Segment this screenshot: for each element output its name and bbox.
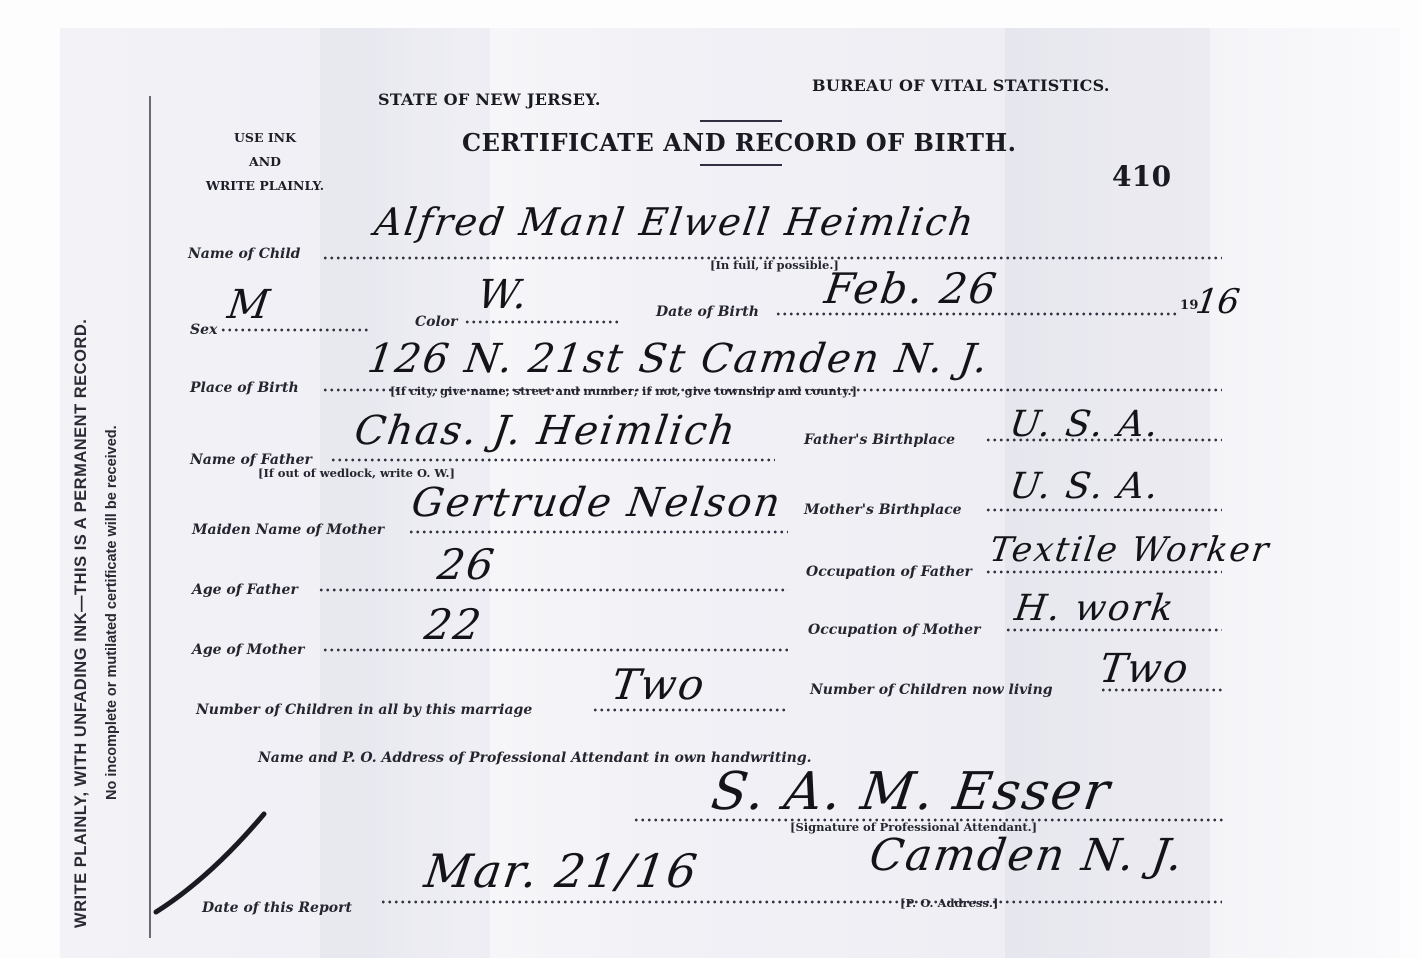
label-color: Color xyxy=(415,314,458,330)
value-sex: M xyxy=(225,282,274,328)
check-mark-icon xyxy=(150,808,270,920)
certificate-number: 410 xyxy=(1112,160,1171,193)
field-line-age-of-father xyxy=(318,588,788,592)
label-mothers-birthplace: Mother's Birthplace xyxy=(804,502,962,518)
instruction-line-2: AND xyxy=(180,150,350,174)
field-line-maiden-name xyxy=(408,530,788,534)
label-date-of-birth: Date of Birth xyxy=(656,304,759,320)
value-date-of-birth: Feb. 26 xyxy=(822,264,1002,313)
note-name-of-father: [If out of wedlock, write O. W.] xyxy=(258,466,455,480)
value-children-by-marriage: Two xyxy=(609,660,710,709)
value-children-living: Two xyxy=(1097,646,1193,692)
note-place-of-birth: [If city, give name, street and number; … xyxy=(390,384,857,398)
title-rule-top xyxy=(700,120,782,122)
birth-year-suffix: 16 xyxy=(1193,282,1242,322)
label-children-by-marriage: Number of Children in all by this marria… xyxy=(196,702,532,718)
note-po-address: [P. O. Address.] xyxy=(900,896,998,910)
instruction-line-3: WRITE PLAINLY. xyxy=(180,174,350,198)
field-line-color xyxy=(464,320,619,324)
label-occupation-of-mother: Occupation of Mother xyxy=(808,622,980,638)
side-notice-incomplete: No incomplete or mutilated certificate w… xyxy=(104,425,120,800)
value-age-of-father: 26 xyxy=(435,540,499,589)
value-color: W. xyxy=(475,272,532,318)
label-name-of-child: Name of Child xyxy=(188,246,300,262)
note-name-of-child: [In full, if possible.] xyxy=(710,258,839,272)
value-fathers-birthplace: U. S. A. xyxy=(1007,404,1162,445)
field-line-occupation-of-father xyxy=(985,570,1222,574)
label-children-living: Number of Children now living xyxy=(810,682,1053,698)
field-line-date-of-report xyxy=(380,900,1222,904)
side-notice-permanent-record: WRITE PLAINLY, WITH UNFADING INK—THIS IS… xyxy=(72,319,91,928)
title-rule-bottom xyxy=(700,164,782,166)
field-line-age-of-mother xyxy=(322,648,788,652)
label-occupation-of-father: Occupation of Father xyxy=(806,564,972,580)
value-mothers-birthplace: U. S. A. xyxy=(1007,466,1162,507)
field-line-name-of-father xyxy=(330,458,775,462)
value-occupation-of-mother: H. work xyxy=(1012,588,1178,629)
state-header: STATE OF NEW JERSEY. xyxy=(378,90,601,109)
instruction-line-1: USE INK xyxy=(180,126,350,150)
value-place-of-birth: 126 N. 21st St Camden N. J. xyxy=(365,336,992,382)
value-age-of-mother: 22 xyxy=(422,600,486,649)
value-name-of-father: Chas. J. Heimlich xyxy=(352,408,740,454)
label-sex: Sex xyxy=(190,322,217,338)
label-age-of-mother: Age of Mother xyxy=(192,642,304,658)
bureau-header: BUREAU OF VITAL STATISTICS. xyxy=(812,76,1110,95)
value-attendant-signature: S. A. M. Esser xyxy=(708,762,1115,822)
value-maiden-name-of-mother: Gertrude Nelson xyxy=(409,480,785,526)
value-po-address: Camden N. J. xyxy=(866,830,1187,881)
label-place-of-birth: Place of Birth xyxy=(190,380,299,396)
label-fathers-birthplace: Father's Birthplace xyxy=(804,432,955,448)
field-line-mothers-birthplace xyxy=(985,508,1222,512)
instructions: USE INK AND WRITE PLAINLY. xyxy=(180,126,350,198)
label-maiden-name-of-mother: Maiden Name of Mother xyxy=(192,522,384,538)
value-date-of-report: Mar. 21/16 xyxy=(421,844,702,898)
field-line-sex xyxy=(220,328,370,332)
certificate-title: CERTIFICATE AND RECORD OF BIRTH. xyxy=(462,128,1017,157)
value-occupation-of-father: Textile Worker xyxy=(987,530,1273,570)
label-age-of-father: Age of Father xyxy=(192,582,298,598)
value-name-of-child: Alfred Manl Elwell Heimlich xyxy=(372,200,978,244)
